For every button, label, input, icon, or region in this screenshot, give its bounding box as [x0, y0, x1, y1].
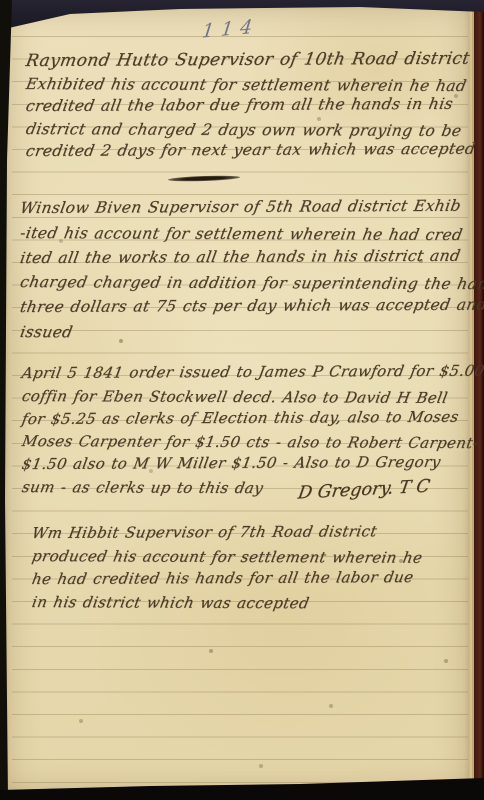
- handwritten-line: he had credited his hands for all the la…: [30, 566, 425, 591]
- handwritten-line: for $5.25 as clerks of Election this day…: [20, 405, 484, 430]
- handwritten-line: ited all the works to all the hands in h…: [18, 243, 484, 271]
- ledger-entry-raymond-hutto: Raymond Hutto Supervisor of 10th Road di…: [24, 50, 473, 163]
- handwritten-line: Raymond Hutto Supervisor of 10th Road di…: [24, 48, 477, 73]
- handwritten-line: Wm Hibbit Supervisor of 7th Road distric…: [30, 520, 425, 545]
- handwritten-line: credited all the labor due from all the …: [24, 93, 477, 118]
- handwritten-line: credited 2 days for next year tax which …: [24, 138, 477, 163]
- handwritten-line: April 5 1841 order issued to James P Cra…: [20, 359, 484, 384]
- ledger-entry-wm-hibbit: Wm Hibbit Supervisor of 7th Road distric…: [30, 522, 421, 614]
- handwritten-line: three dollars at 75 cts per day which wa…: [18, 292, 484, 320]
- handwritten-line: $1.50 also to M W Miller $1.50 - Also to…: [20, 451, 484, 476]
- handwritten-line: issued: [18, 320, 484, 347]
- handwritten-line: Winslow Biven Supervisor of 5th Road dis…: [18, 193, 484, 221]
- ledger-entry-winslow-biven: Winslow Biven Supervisor of 5th Road dis…: [18, 196, 484, 345]
- ledger-page-scan: 114 Raymond Hutto Supervisor of 10th Roa…: [0, 0, 484, 800]
- handwritten-line: in his district which was accepted: [30, 591, 424, 616]
